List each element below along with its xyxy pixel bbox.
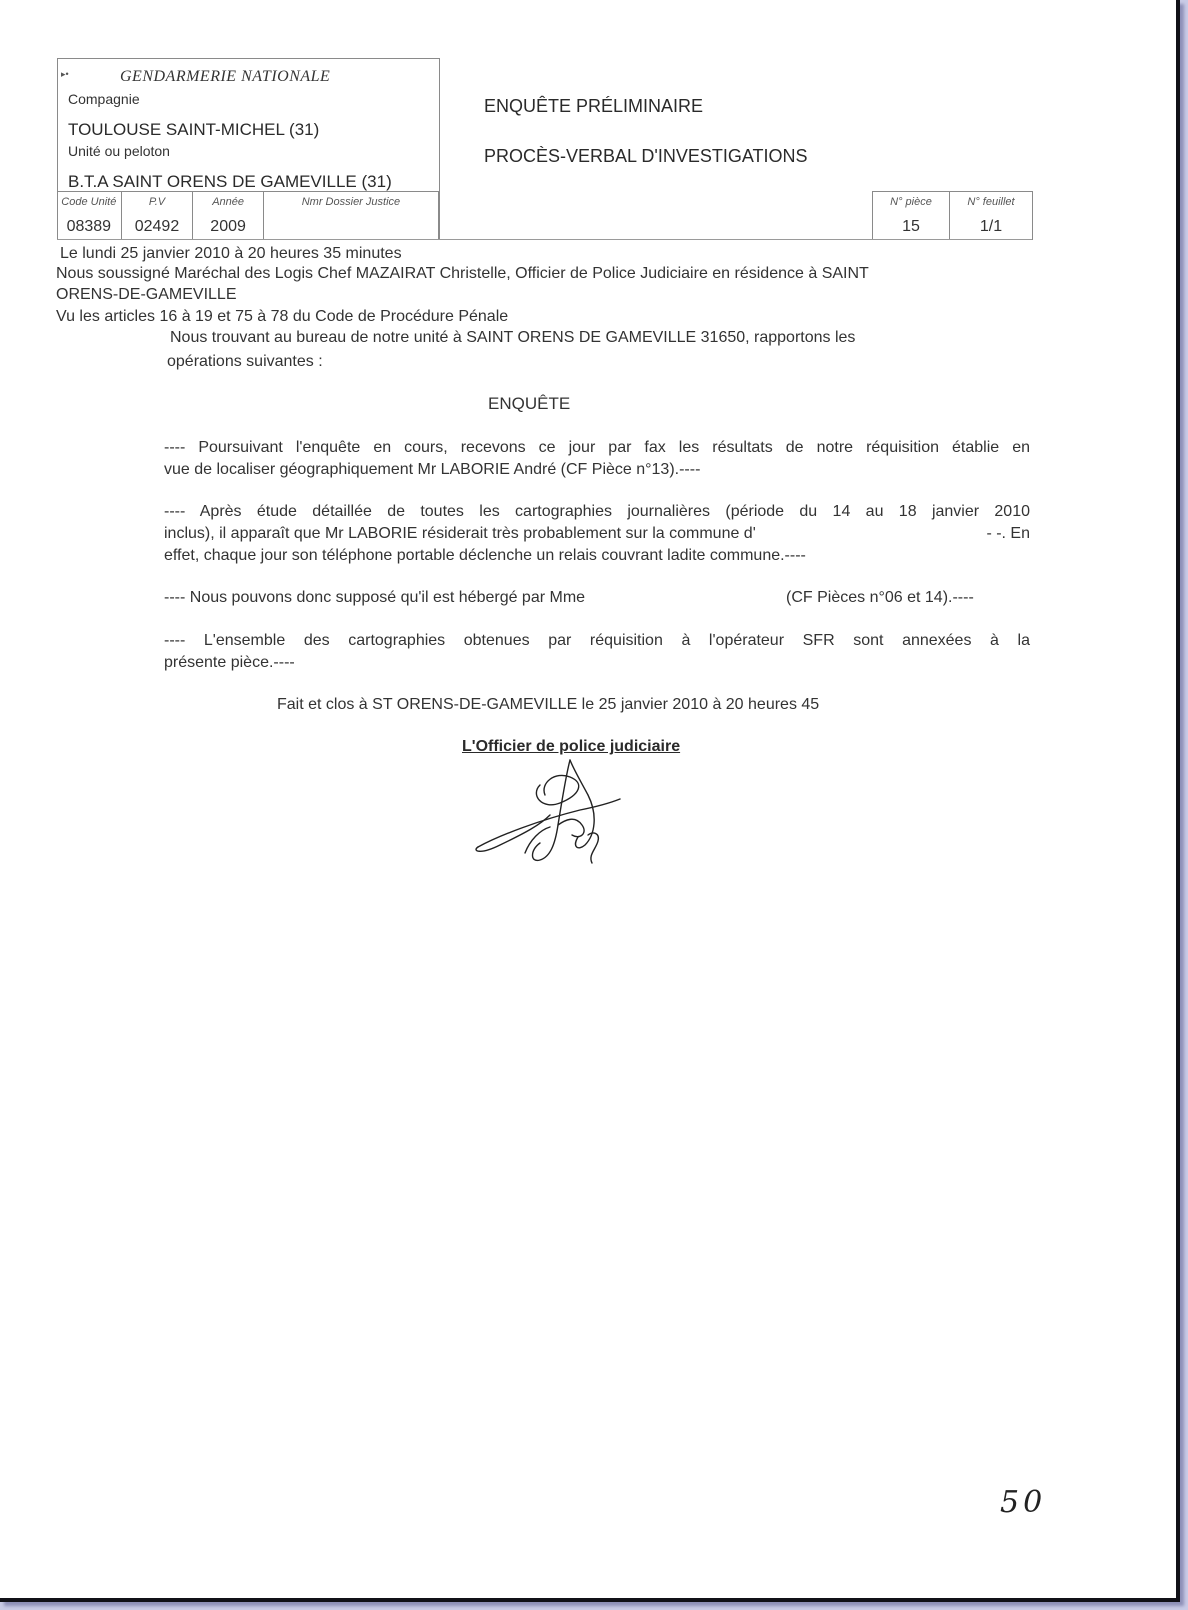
- company-label: Compagnie: [68, 91, 140, 107]
- dossier-justice-label: Nmr Dossier Justice: [264, 196, 438, 208]
- location-line-1: Nous trouvant au bureau de notre unité à…: [170, 327, 855, 348]
- annee-cell: Année 2009: [193, 192, 264, 240]
- paragraph-2: ---- Après étude détaillée de toutes les…: [164, 501, 1030, 567]
- closing-line: Fait et clos à ST ORENS-DE-GAMEVILLE le …: [277, 694, 819, 715]
- paragraph-4: ---- L'ensemble des cartographies obtenu…: [164, 630, 1030, 674]
- feuillet-label: N° feuillet: [950, 196, 1032, 208]
- document-page: ▸• GENDARMERIE NATIONALE Compagnie TOULO…: [0, 0, 1180, 1602]
- pv-label: P.V: [122, 196, 193, 208]
- company-value: TOULOUSE SAINT-MICHEL (31): [68, 120, 319, 140]
- articles-line: Vu les articles 16 à 19 et 75 à 78 du Co…: [56, 306, 508, 327]
- section-heading: ENQUÊTE: [488, 394, 570, 414]
- annee-label: Année: [193, 196, 263, 208]
- paragraph-3-line-1a: ---- Nous pouvons donc supposé qu'il est…: [164, 587, 585, 608]
- paragraph-4-line-2: présente pièce.----: [164, 652, 1030, 674]
- unit-value: B.T.A SAINT ORENS DE GAMEVILLE (31): [68, 172, 392, 192]
- paragraph-2-line-2: inclus), il apparaît que Mr LABORIE rési…: [164, 523, 1030, 545]
- signature-scribble: [470, 755, 630, 870]
- paragraph-2-line-2a: inclus), il apparaît que Mr LABORIE rési…: [164, 523, 756, 545]
- code-unite-cell: Code Unité 08389: [57, 192, 122, 240]
- paragraph-1-line-2: vue de localiser géographiquement Mr LAB…: [164, 459, 1030, 481]
- case-reference-row: Code Unité 08389 P.V 02492 Année 2009 Nm…: [57, 191, 439, 240]
- paragraph-2-line-2b: - -. En: [986, 523, 1030, 545]
- organization-name: GENDARMERIE NATIONALE: [120, 68, 330, 86]
- dossier-justice-cell: Nmr Dossier Justice: [264, 192, 439, 240]
- investigation-type-title: ENQUÊTE PRÉLIMINAIRE: [484, 96, 703, 117]
- piece-cell: N° pièce 15: [873, 192, 950, 240]
- paragraph-4-line-1: ---- L'ensemble des cartographies obtenu…: [164, 630, 1030, 652]
- code-unite-value: 08389: [57, 218, 121, 236]
- code-unite-label: Code Unité: [57, 196, 121, 208]
- paragraph-2-line-1: ---- Après étude détaillée de toutes les…: [164, 501, 1030, 523]
- feuillet-value: 1/1: [950, 218, 1032, 236]
- header-divider: [57, 239, 1032, 240]
- piece-label: N° pièce: [873, 196, 949, 208]
- unit-label: Unité ou peloton: [68, 143, 170, 159]
- annee-value: 2009: [193, 218, 263, 236]
- signature-title: L'Officier de police judiciaire: [462, 738, 680, 756]
- paragraph-2-line-3: effet, chaque jour son téléphone portabl…: [164, 545, 1030, 567]
- signatory-line-2: ORENS-DE-GAMEVILLE: [56, 284, 236, 305]
- feuillet-cell: N° feuillet 1/1: [950, 192, 1033, 240]
- signatory-line-1: Nous soussigné Maréchal des Logis Chef M…: [56, 263, 869, 284]
- page-number: 50: [1000, 1485, 1046, 1520]
- piece-feuillet-box: N° pièce 15 N° feuillet 1/1: [872, 191, 1033, 240]
- location-line-2: opérations suivantes :: [167, 351, 323, 372]
- date-line: Le lundi 25 janvier 2010 à 20 heures 35 …: [60, 243, 402, 264]
- piece-value: 15: [873, 218, 949, 236]
- paragraph-1-line-1: ---- Poursuivant l'enquête en cours, rec…: [164, 437, 1030, 459]
- pv-cell: P.V 02492: [122, 192, 194, 240]
- emblem-mark: ▸•: [61, 69, 69, 80]
- paragraph-1: ---- Poursuivant l'enquête en cours, rec…: [164, 437, 1030, 481]
- pv-value: 02492: [122, 218, 193, 236]
- paragraph-3-line-1b: (CF Pièces n°06 et 14).----: [786, 587, 974, 608]
- document-type-title: PROCÈS-VERBAL D'INVESTIGATIONS: [484, 146, 808, 167]
